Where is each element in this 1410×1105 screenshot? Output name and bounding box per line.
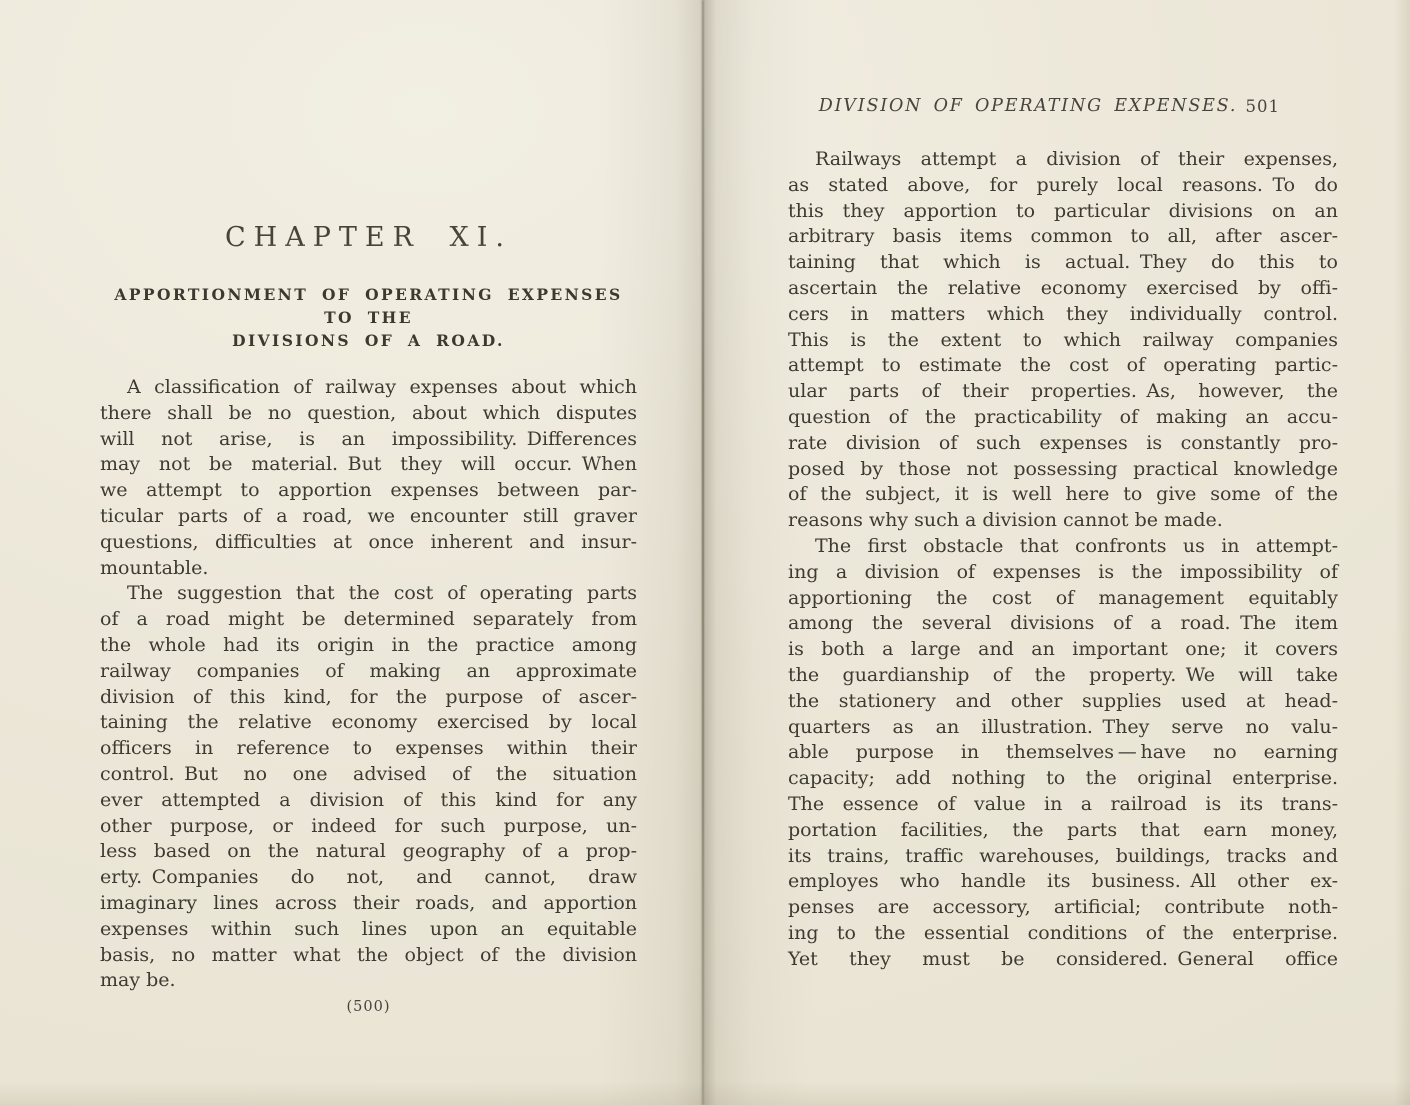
text-line: ing a division of expenses is the imposs…: [788, 560, 1338, 586]
text-line: we attempt to apportion expenses between…: [100, 478, 637, 504]
text-line: ing to the essential conditions of the e…: [788, 921, 1338, 947]
text-line: taining the relative economy exercised b…: [100, 710, 637, 736]
text-line: portation facilities, the parts that ear…: [788, 818, 1338, 844]
text-line: posed by those not possessing practical …: [788, 457, 1338, 483]
text-line: The first obstacle that confronts us in …: [788, 534, 1338, 560]
text-line: its trains, traffic warehouses, building…: [788, 844, 1338, 870]
text-line: rate division of such expenses is consta…: [788, 431, 1338, 457]
running-header-title: DIVISION OF OPERATING EXPENSES.: [788, 96, 1268, 116]
text-line: the whole had its origin in the practice…: [100, 633, 637, 659]
left-page: CHAPTER XI. APPORTIONMENT OF OPERATING E…: [100, 222, 637, 1015]
text-line: taining that which is actual. They do th…: [788, 250, 1338, 276]
text-line: of the subject, it is well here to give …: [788, 482, 1338, 508]
text-line: control. But no one advised of the situa…: [100, 762, 637, 788]
text-line: basis, no matter what the object of the …: [100, 943, 637, 969]
page-edge-shadow: [1394, 0, 1410, 1105]
paragraph: Railways attempt a division of their exp…: [788, 147, 1338, 534]
text-line: reasons why such a division cannot be ma…: [788, 508, 1338, 534]
text-line: division of this kind, for the purpose o…: [100, 685, 637, 711]
text-line: This is the extent to which railway comp…: [788, 328, 1338, 354]
chapter-heading: CHAPTER XI.: [100, 222, 637, 253]
text-line: less based on the natural geography of a…: [100, 839, 637, 865]
text-line: other purpose, or indeed for such purpos…: [100, 814, 637, 840]
text-line: the stationery and other supplies used a…: [788, 689, 1338, 715]
text-line: ticular parts of a road, we encounter st…: [100, 504, 637, 530]
text-line: apportioning the cost of management equi…: [788, 586, 1338, 612]
text-line: The essence of value in a railroad is it…: [788, 792, 1338, 818]
text-line: railway companies of making an approxima…: [100, 659, 637, 685]
chapter-subtitle: APPORTIONMENT OF OPERATING EXPENSES TO T…: [100, 283, 637, 352]
right-page-body: Railways attempt a division of their exp…: [788, 147, 1338, 973]
left-page-folio: (500): [100, 999, 637, 1015]
paragraph: A classification of railway expenses abo…: [100, 375, 637, 581]
page-number: 501: [1246, 97, 1281, 116]
paragraph: The suggestion that the cost of operatin…: [100, 581, 637, 994]
text-line: arbitrary basis items common to all, aft…: [788, 224, 1338, 250]
text-line: quarters as an illustration. They serve …: [788, 715, 1338, 741]
text-line: is both a large and an important one; it…: [788, 637, 1338, 663]
text-line: will not arise, is an impossibility. Dif…: [100, 427, 637, 453]
text-line: may be.: [100, 968, 637, 994]
text-line: cers in matters which they individually …: [788, 302, 1338, 328]
right-page: DIVISION OF OPERATING EXPENSES. 501 Rail…: [788, 96, 1338, 973]
text-line: Yet they must be considered. General off…: [788, 947, 1338, 973]
text-line: expenses within such lines upon an equit…: [100, 917, 637, 943]
text-line: of a road might be determined separately…: [100, 607, 637, 633]
text-line: mountable.: [100, 556, 637, 582]
text-line: employes who handle its business. All ot…: [788, 869, 1338, 895]
text-line: as stated above, for purely local reason…: [788, 173, 1338, 199]
text-line: question of the practicability of making…: [788, 405, 1338, 431]
text-line: ascertain the relative economy exercised…: [788, 276, 1338, 302]
text-line: among the several divisions of a road. T…: [788, 611, 1338, 637]
paragraph: The first obstacle that confronts us in …: [788, 534, 1338, 973]
running-header: DIVISION OF OPERATING EXPENSES. 501: [788, 96, 1338, 120]
chapter-subtitle-line: APPORTIONMENT OF OPERATING EXPENSES TO T…: [100, 283, 637, 329]
text-line: A classification of railway expenses abo…: [100, 375, 637, 401]
text-line: this they apportion to particular divisi…: [788, 199, 1338, 225]
book-spread: CHAPTER XI. APPORTIONMENT OF OPERATING E…: [0, 0, 1410, 1105]
text-line: attempt to estimate the cost of operatin…: [788, 353, 1338, 379]
binding-crease: [702, 0, 704, 1105]
page-edge-shadow: [0, 1081, 1410, 1105]
text-line: able purpose in themselves — have no ear…: [788, 740, 1338, 766]
text-line: the guardianship of the property. We wil…: [788, 663, 1338, 689]
text-line: officers in reference to expenses within…: [100, 736, 637, 762]
text-line: there shall be no question, about which …: [100, 401, 637, 427]
text-line: ever attempted a division of this kind f…: [100, 788, 637, 814]
text-line: may not be material. But they will occur…: [100, 452, 637, 478]
text-line: The suggestion that the cost of operatin…: [100, 581, 637, 607]
text-line: erty. Companies do not, and cannot, draw: [100, 865, 637, 891]
text-line: ular parts of their properties. As, howe…: [788, 379, 1338, 405]
left-page-body: A classification of railway expenses abo…: [100, 375, 637, 994]
text-line: Railways attempt a division of their exp…: [788, 147, 1338, 173]
text-line: questions, difficulties at once inherent…: [100, 530, 637, 556]
text-line: capacity; add nothing to the original en…: [788, 766, 1338, 792]
chapter-subtitle-line: DIVISIONS OF A ROAD.: [100, 329, 637, 352]
text-line: imaginary lines across their roads, and …: [100, 891, 637, 917]
text-line: penses are accessory, artificial; contri…: [788, 895, 1338, 921]
